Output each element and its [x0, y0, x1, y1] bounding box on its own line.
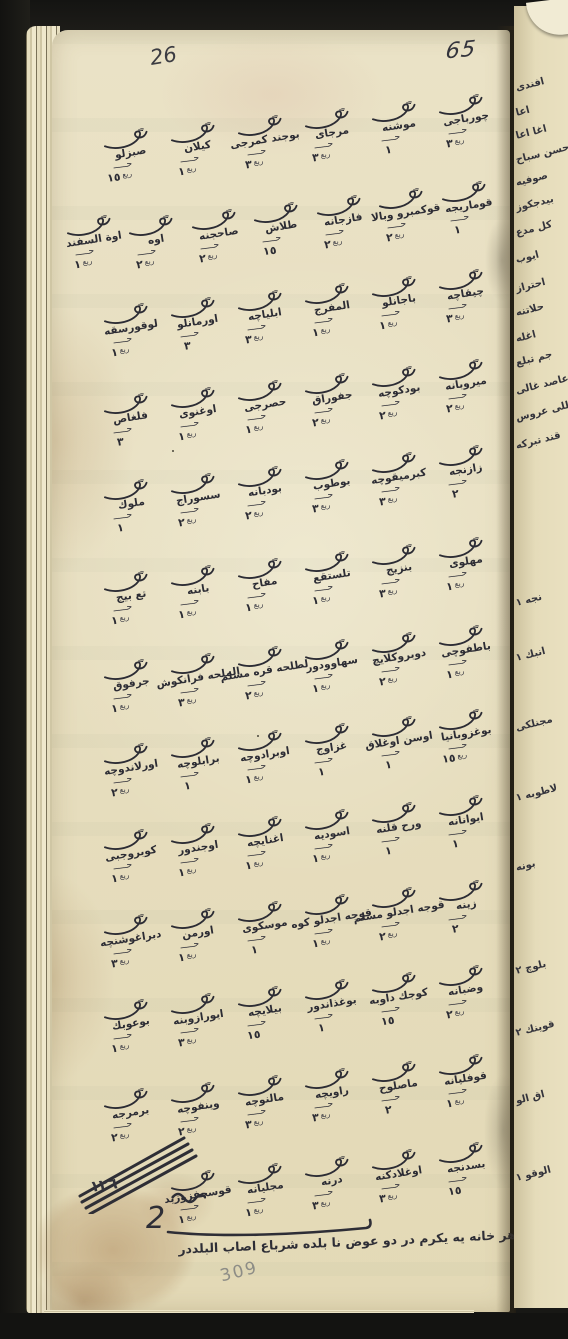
hane-count: ١ — [183, 779, 191, 793]
rub-mark: ريع — [253, 331, 264, 341]
register-entry: ماصلوححـــــ٢ — [362, 1060, 429, 1117]
rub-mark: ريع — [206, 250, 217, 260]
hane-count: ٢ — [384, 1103, 392, 1117]
facing-page-text-fragment: الوقو ١ — [515, 1164, 552, 1183]
register-entry: فازجانهحـــــريع٢ — [308, 194, 370, 251]
figure-two-digit: 2 — [146, 1201, 165, 1236]
register-entry: كوجك داوبهحـــــ١٥ — [362, 971, 429, 1028]
register-entry: برابلوچهحـــــ١ — [161, 736, 228, 793]
rub-mark: ريع — [387, 585, 398, 595]
rub-mark: ريع — [82, 256, 93, 266]
rub-mark: ريع — [387, 673, 398, 683]
register-entry: بوجند كمرجىحـــــريع٣ — [228, 114, 295, 171]
folio-number-ink: 65 — [444, 37, 477, 65]
facing-page-text-fragment: مجنلكى — [515, 714, 554, 734]
hane-count: ٣ — [311, 502, 319, 516]
register-entry: بوغذاندورحـــــ١ — [295, 978, 362, 1035]
hane-count: ١ — [177, 951, 185, 965]
hane-count: ١ — [384, 844, 392, 858]
facing-page-text-fragment: حسن سباح — [515, 142, 568, 166]
hane-count: ١ — [378, 319, 386, 333]
register-entry: راويچهحـــــريع٣ — [295, 1067, 362, 1124]
hane-count: ٣ — [311, 1111, 319, 1125]
register-entry: صبزلوحـــــريع١٥ — [94, 127, 161, 184]
register-entry: باجانلوحـــــريع١ — [362, 275, 429, 332]
hane-count: ١ — [445, 668, 453, 682]
facing-page-text-fragment: بلوچ ٢ — [515, 959, 548, 977]
rub-mark: ريع — [454, 310, 465, 320]
rub-mark: ريع — [320, 324, 331, 334]
hane-count: ١ — [384, 758, 392, 772]
hane-count: ٣ — [378, 495, 386, 509]
register-entry: اوة السفندحـــــريع١ — [59, 214, 121, 271]
rub-mark: ريع — [144, 256, 155, 266]
hane-count: ١ — [451, 837, 459, 851]
register-entry: اورمانلوحـــــ٣ — [161, 296, 228, 353]
register-entry: وينفوچهحـــــريع٢ — [161, 1081, 228, 1138]
register-row: چورباجىحـــــريع٣موشنهحـــــ١مرجاىحـــــ… — [60, 95, 494, 183]
rub-mark: ريع — [186, 1034, 197, 1044]
register-entry: ورح قلنهحـــــ١ — [362, 801, 429, 858]
rub-mark: ريع — [119, 344, 130, 354]
rub-mark: ريع — [320, 935, 331, 945]
register-entry: دوبروكلايچحـــــريع٢ — [362, 631, 429, 688]
register-entry: سسوراجحـــــريع٢ — [161, 472, 228, 529]
hane-count: ١ — [445, 1097, 453, 1111]
rub-mark: ريع — [387, 1190, 398, 1200]
facing-page-text-fragment: اعا — [515, 105, 531, 119]
register-entry: زازنجهحـــــ٢ — [429, 444, 496, 501]
hane-count: ١ — [453, 223, 461, 237]
register-entry: بوغزوبانياحـــــريع١٥ — [429, 708, 496, 765]
rub-mark: ريع — [454, 400, 465, 410]
register-entry: ايورازوبنهحـــــريع٣ — [161, 992, 228, 1049]
register-entry: صاحجنهحـــــريع٢ — [184, 208, 246, 265]
hane-count: ١ — [317, 1021, 325, 1035]
register-entry: چيقاچهحـــــريع٣ — [429, 268, 496, 325]
book-cover-bottom — [0, 1313, 568, 1339]
register-entry: المفرجحـــــريع١ — [295, 282, 362, 339]
rub-mark: ريع — [454, 666, 465, 676]
hane-count: ٣ — [445, 312, 453, 326]
rub-mark: ريع — [457, 750, 468, 760]
register-entry: ميروبانهحـــــريع٢ — [429, 358, 496, 415]
rub-mark: ريع — [186, 1123, 197, 1133]
rub-mark: ريع — [253, 156, 264, 166]
manuscript-page: 26 65 چورباجىحـــــريع٣موشنهحـــــ١مرجاى… — [52, 30, 510, 1312]
rub-mark: ريع — [186, 163, 197, 173]
hane-count: ١ — [244, 859, 252, 873]
hane-count: ٢ — [244, 509, 252, 523]
hane-count: ٢ — [451, 922, 459, 936]
hane-count: ١ — [445, 580, 453, 594]
register-entry: قوماريجهحـــــ١ — [433, 180, 495, 237]
register-entry: اوهحـــــريع٢ — [121, 214, 183, 271]
register-entry: جفوراقحـــــريع٢ — [295, 372, 362, 429]
register-entry: دبراغوشنچهحـــــريع٣ — [94, 913, 161, 970]
rub-mark: ريع — [253, 1116, 264, 1126]
hane-count: ١ — [110, 1042, 118, 1056]
register-row: وضبانهحـــــريع٢كوجك داوبهحـــــ١٥بوغذان… — [60, 966, 494, 1054]
hane-count: ١ — [177, 608, 185, 622]
rub-mark: ريع — [119, 870, 130, 880]
register-entry: قوجه اجدلو كوهحـــــريع١ — [295, 893, 362, 950]
rub-mark: ريع — [320, 149, 331, 159]
register-entry: تع بيجحـــــريع١ — [94, 570, 161, 627]
register-entry: مفاححـــــريع١ — [228, 557, 295, 614]
register-row: زازنجهحـــــ٢كبرميقوچهحـــــريع٣بوطوبحــ… — [60, 446, 494, 534]
facing-page-text-fragment: لاطوبه ١ — [515, 783, 559, 804]
hane-count: ٢ — [445, 402, 453, 416]
register-entry: تلستقعحـــــريع١ — [295, 550, 362, 607]
hane-count: ١ — [116, 521, 124, 535]
hane-count: ٢ — [378, 409, 386, 423]
hane-count: ١ — [311, 326, 319, 340]
rub-mark: ريع — [253, 771, 264, 781]
register-entry: بودكوچهحـــــريع٢ — [362, 365, 429, 422]
hane-count: ١٥ — [448, 1184, 463, 1199]
book-cover-top — [0, 0, 568, 30]
rub-mark: ريع — [387, 407, 398, 417]
hane-count: ٢ — [445, 1008, 453, 1022]
hane-count: ١٥ — [247, 1028, 262, 1043]
facing-page-strip: افندىاعااغا اعاحسن سباحصوفيهبيدجكوزكل مد… — [514, 6, 568, 1308]
hane-count: ٢ — [244, 689, 252, 703]
register-entry: اوجندورحـــــريع١ — [161, 822, 228, 879]
register-row: چيقاچهحـــــريع٣باجانلوحـــــريع١المفرجح… — [60, 270, 494, 358]
register-entry: باطفوچىحـــــريع١ — [429, 624, 496, 681]
register-entry: اغنايچهحـــــريع١ — [228, 815, 295, 872]
register-row: ميروبانهحـــــريع٢بودكوچهحـــــريع٢جفورا… — [60, 360, 494, 448]
register-entry: غزاوجحـــــ١ — [295, 722, 362, 779]
register-entry: ملوكحـــــ١ — [94, 478, 161, 535]
register-entry: موشنهحـــــ١ — [362, 100, 429, 157]
hane-count: ١ — [311, 594, 319, 608]
register-entry: اسوديهحـــــريع١ — [295, 808, 362, 865]
register-row: بوغزوبانياحـــــريع١٥اوسن اوغلاقحـــــ١غ… — [60, 710, 494, 798]
hane-count: ١ — [244, 773, 252, 787]
facing-page-text-fragment: جم تبلع — [515, 349, 554, 369]
rub-mark: ريع — [387, 317, 398, 327]
folio-number-pencil: 26 — [148, 42, 178, 70]
rub-mark: ريع — [253, 857, 264, 867]
rub-mark: ريع — [186, 694, 197, 704]
hane-count: ٢ — [323, 238, 331, 252]
hane-count: ١٥ — [381, 1014, 396, 1029]
hane-count: ٣ — [177, 1036, 185, 1050]
register-entry: كيلانحـــــريع١ — [161, 121, 228, 178]
pencil-page-number: 309 — [218, 1258, 260, 1287]
register-entry: اورلاندوچهحـــــريع٢ — [94, 742, 161, 799]
facing-page-text-fragment: صوفيه — [515, 170, 549, 189]
rub-mark: ريع — [253, 599, 264, 609]
hane-count: ٢ — [311, 416, 319, 430]
rub-mark: ريع — [253, 687, 264, 697]
register-entry: اوسن اوغلاقحـــــ١ — [362, 715, 429, 772]
hane-count: ٢ — [451, 487, 459, 501]
facing-page-text-fragment: نجه ١ — [515, 592, 543, 609]
register-entry: فلغاصحـــــ٣ — [94, 392, 161, 449]
rub-mark: ريع — [186, 606, 197, 616]
register-entry: ايوانانهحـــــ١ — [429, 794, 496, 851]
hane-count: ٢ — [198, 252, 206, 266]
facing-page-text-fragment: انبك ١ — [515, 646, 547, 664]
rub-mark: ريع — [320, 500, 331, 510]
rub-mark: ريع — [186, 864, 197, 874]
book-gutter-shadow — [496, 26, 516, 1318]
facing-page-text-fragment: افندى — [515, 76, 546, 94]
rub-mark: ريع — [454, 1006, 465, 1016]
register-row: مهلوىحـــــريع١بنزيجحـــــريع٣تلستقعحـــ… — [60, 538, 494, 626]
facing-page-text-fragment: كل مدع — [515, 219, 554, 239]
register-entry: چورباجىحـــــريع٣ — [429, 93, 496, 150]
rub-mark: ريع — [320, 592, 331, 602]
hane-count: ٢ — [378, 930, 386, 944]
register-entry: الملحه فرانكوشحـــــريع٣ — [161, 652, 228, 709]
register-entry: طلاشحـــــ١٥ — [246, 201, 308, 258]
hane-count: ١ — [311, 682, 319, 696]
facing-page-text-fragment: اق الو — [515, 1089, 546, 1107]
register-entry: بوعوبكحـــــريع١ — [94, 998, 161, 1055]
hane-count: ١ — [384, 143, 392, 157]
register-entry: لوقورسقهحـــــريع١ — [94, 302, 161, 359]
hane-count: ٣ — [244, 333, 252, 347]
rub-mark: ريع — [253, 421, 264, 431]
hane-count: ٣ — [177, 696, 185, 710]
hane-count: ٢ — [385, 231, 393, 245]
hane-count: ٣ — [378, 1192, 386, 1206]
register-entry: بسدنجهحـــــ١٥ — [429, 1141, 496, 1198]
hane-count: ٣ — [445, 137, 453, 151]
register-entry: كبرميقوچهحـــــريع٣ — [362, 451, 429, 508]
register-entry: موسكوىحـــــ١ — [228, 900, 295, 957]
register-row: ايوانانهحـــــ١ورح قلنهحـــــ١اسوديهحـــ… — [60, 796, 494, 884]
rub-mark: ريع — [186, 514, 197, 524]
facing-page-text-fragment: اغا اعا — [515, 124, 548, 142]
register-row: زينهحـــــ٢قوجه اجدلو مسلمحـــــريع٢قوجه… — [60, 881, 494, 969]
register-entry: بيلايچهحـــــ١٥ — [228, 985, 295, 1042]
facing-page-text-fragment: احتراز — [515, 277, 547, 295]
facing-page-text-fragment: حلاتنه — [515, 301, 546, 319]
hane-count: ١ — [177, 430, 185, 444]
hane-count: ٣ — [244, 158, 252, 172]
hane-count: ٢ — [378, 675, 386, 689]
hane-count: ١ — [177, 866, 185, 880]
register-row: باطفوچىحـــــريع١دوبروكلايچحـــــريع٢سها… — [60, 626, 494, 714]
register-entry: بودبانهحـــــريع٢ — [228, 465, 295, 522]
register-entry: مهلوىحـــــريع١ — [429, 536, 496, 593]
register-entry: وضبانهحـــــريع٢ — [429, 964, 496, 1021]
rub-mark: ريع — [320, 414, 331, 424]
facing-page-text-fragment: بيدجكوز — [515, 194, 555, 214]
rub-mark: ريع — [119, 955, 130, 965]
hane-count: ١ — [311, 937, 319, 951]
rub-mark: ريع — [122, 169, 133, 179]
register-entry: ابلياچهحـــــريع٣ — [228, 289, 295, 346]
register-entry: قوكمبرو وبالاحـــــريع٢ — [371, 187, 433, 244]
hane-count: ١٥ — [263, 244, 278, 259]
rub-mark: ريع — [119, 700, 130, 710]
register-entry: اوبرادوچهحـــــريع١ — [228, 729, 295, 786]
register-entry: جرفوقحـــــريع١ — [94, 658, 161, 715]
rub-mark: ريع — [320, 680, 331, 690]
rub-mark: ريع — [454, 578, 465, 588]
register-entry: بوطوبحـــــريع٣ — [295, 458, 362, 515]
facing-page-text-fragment: قوينك ٢ — [515, 1019, 556, 1039]
facing-page-text-fragment: اغله — [515, 329, 537, 345]
facing-page-text-fragment: قند تبركه — [515, 430, 562, 452]
rub-mark: ريع — [454, 1095, 465, 1105]
crossed-out-total: ١٢٦ — [89, 1174, 119, 1196]
rub-mark: ريع — [253, 507, 264, 517]
facing-page-text-fragment: ايوب — [515, 249, 540, 265]
book-photo: 26 65 چورباجىحـــــريع٣موشنهحـــــ١مرجاى… — [0, 0, 568, 1339]
hane-count: ١ — [177, 165, 185, 179]
facing-page-text-fragment: بونه — [515, 858, 537, 873]
facing-page-text-fragment: عقد عاصد غالى — [515, 367, 568, 396]
hane-count: ٣ — [183, 339, 191, 353]
hane-count: ١ — [250, 943, 258, 957]
rub-mark: ريع — [320, 850, 331, 860]
register-entry: اوغنوىحـــــريع١ — [161, 386, 228, 443]
hane-count: ٣ — [244, 1118, 252, 1132]
register-entry: مالنوچهحـــــريع٣ — [228, 1074, 295, 1131]
register-entry: مرجاىحـــــريع٣ — [295, 107, 362, 164]
facing-page-text-fragment: اللى عروس — [515, 399, 568, 424]
rub-mark: ريع — [119, 1040, 130, 1050]
rub-mark: ريع — [387, 493, 398, 503]
register-row: قوفليانهحـــــريع١ماصلوححـــــ٢راويچهحــ… — [60, 1055, 494, 1143]
register-entry: اورمنحـــــريع١ — [161, 907, 228, 964]
village-name: زينه — [455, 897, 477, 912]
rub-mark: ريع — [387, 928, 398, 938]
rub-mark: ريع — [186, 949, 197, 959]
rub-mark: ريع — [119, 784, 130, 794]
register-entry: بنزيجحـــــريع٣ — [362, 543, 429, 600]
hane-count: ٣ — [311, 151, 319, 165]
hane-count: ٢ — [177, 516, 185, 530]
register-entry: قوفليانهحـــــريع١ — [429, 1053, 496, 1110]
hane-count: ٣ — [378, 587, 386, 601]
hane-count: ١ — [317, 765, 325, 779]
register-entry: كوبروجبىحـــــريع١ — [94, 828, 161, 885]
register-entry: حصرجىحـــــريع١ — [228, 379, 295, 436]
hane-count: ١ — [244, 601, 252, 615]
hane-count: ١ — [244, 423, 252, 437]
rub-mark: ريع — [394, 229, 405, 239]
hane-count: ١ — [311, 852, 319, 866]
register-entry: بابنهحـــــريع١ — [161, 564, 228, 621]
rub-mark: ريع — [331, 236, 342, 246]
rub-mark: ريع — [186, 428, 197, 438]
village-name: اوه — [147, 233, 165, 247]
hane-count: ١٥ — [442, 751, 457, 766]
rub-mark: ريع — [454, 135, 465, 145]
hane-count: ١ — [110, 346, 118, 360]
rub-mark: ريع — [320, 1109, 331, 1119]
register-row: قوماريجهحـــــ١قوكمبرو وبالاحـــــريع٢فا… — [60, 182, 494, 270]
rub-mark: ريع — [119, 612, 130, 622]
